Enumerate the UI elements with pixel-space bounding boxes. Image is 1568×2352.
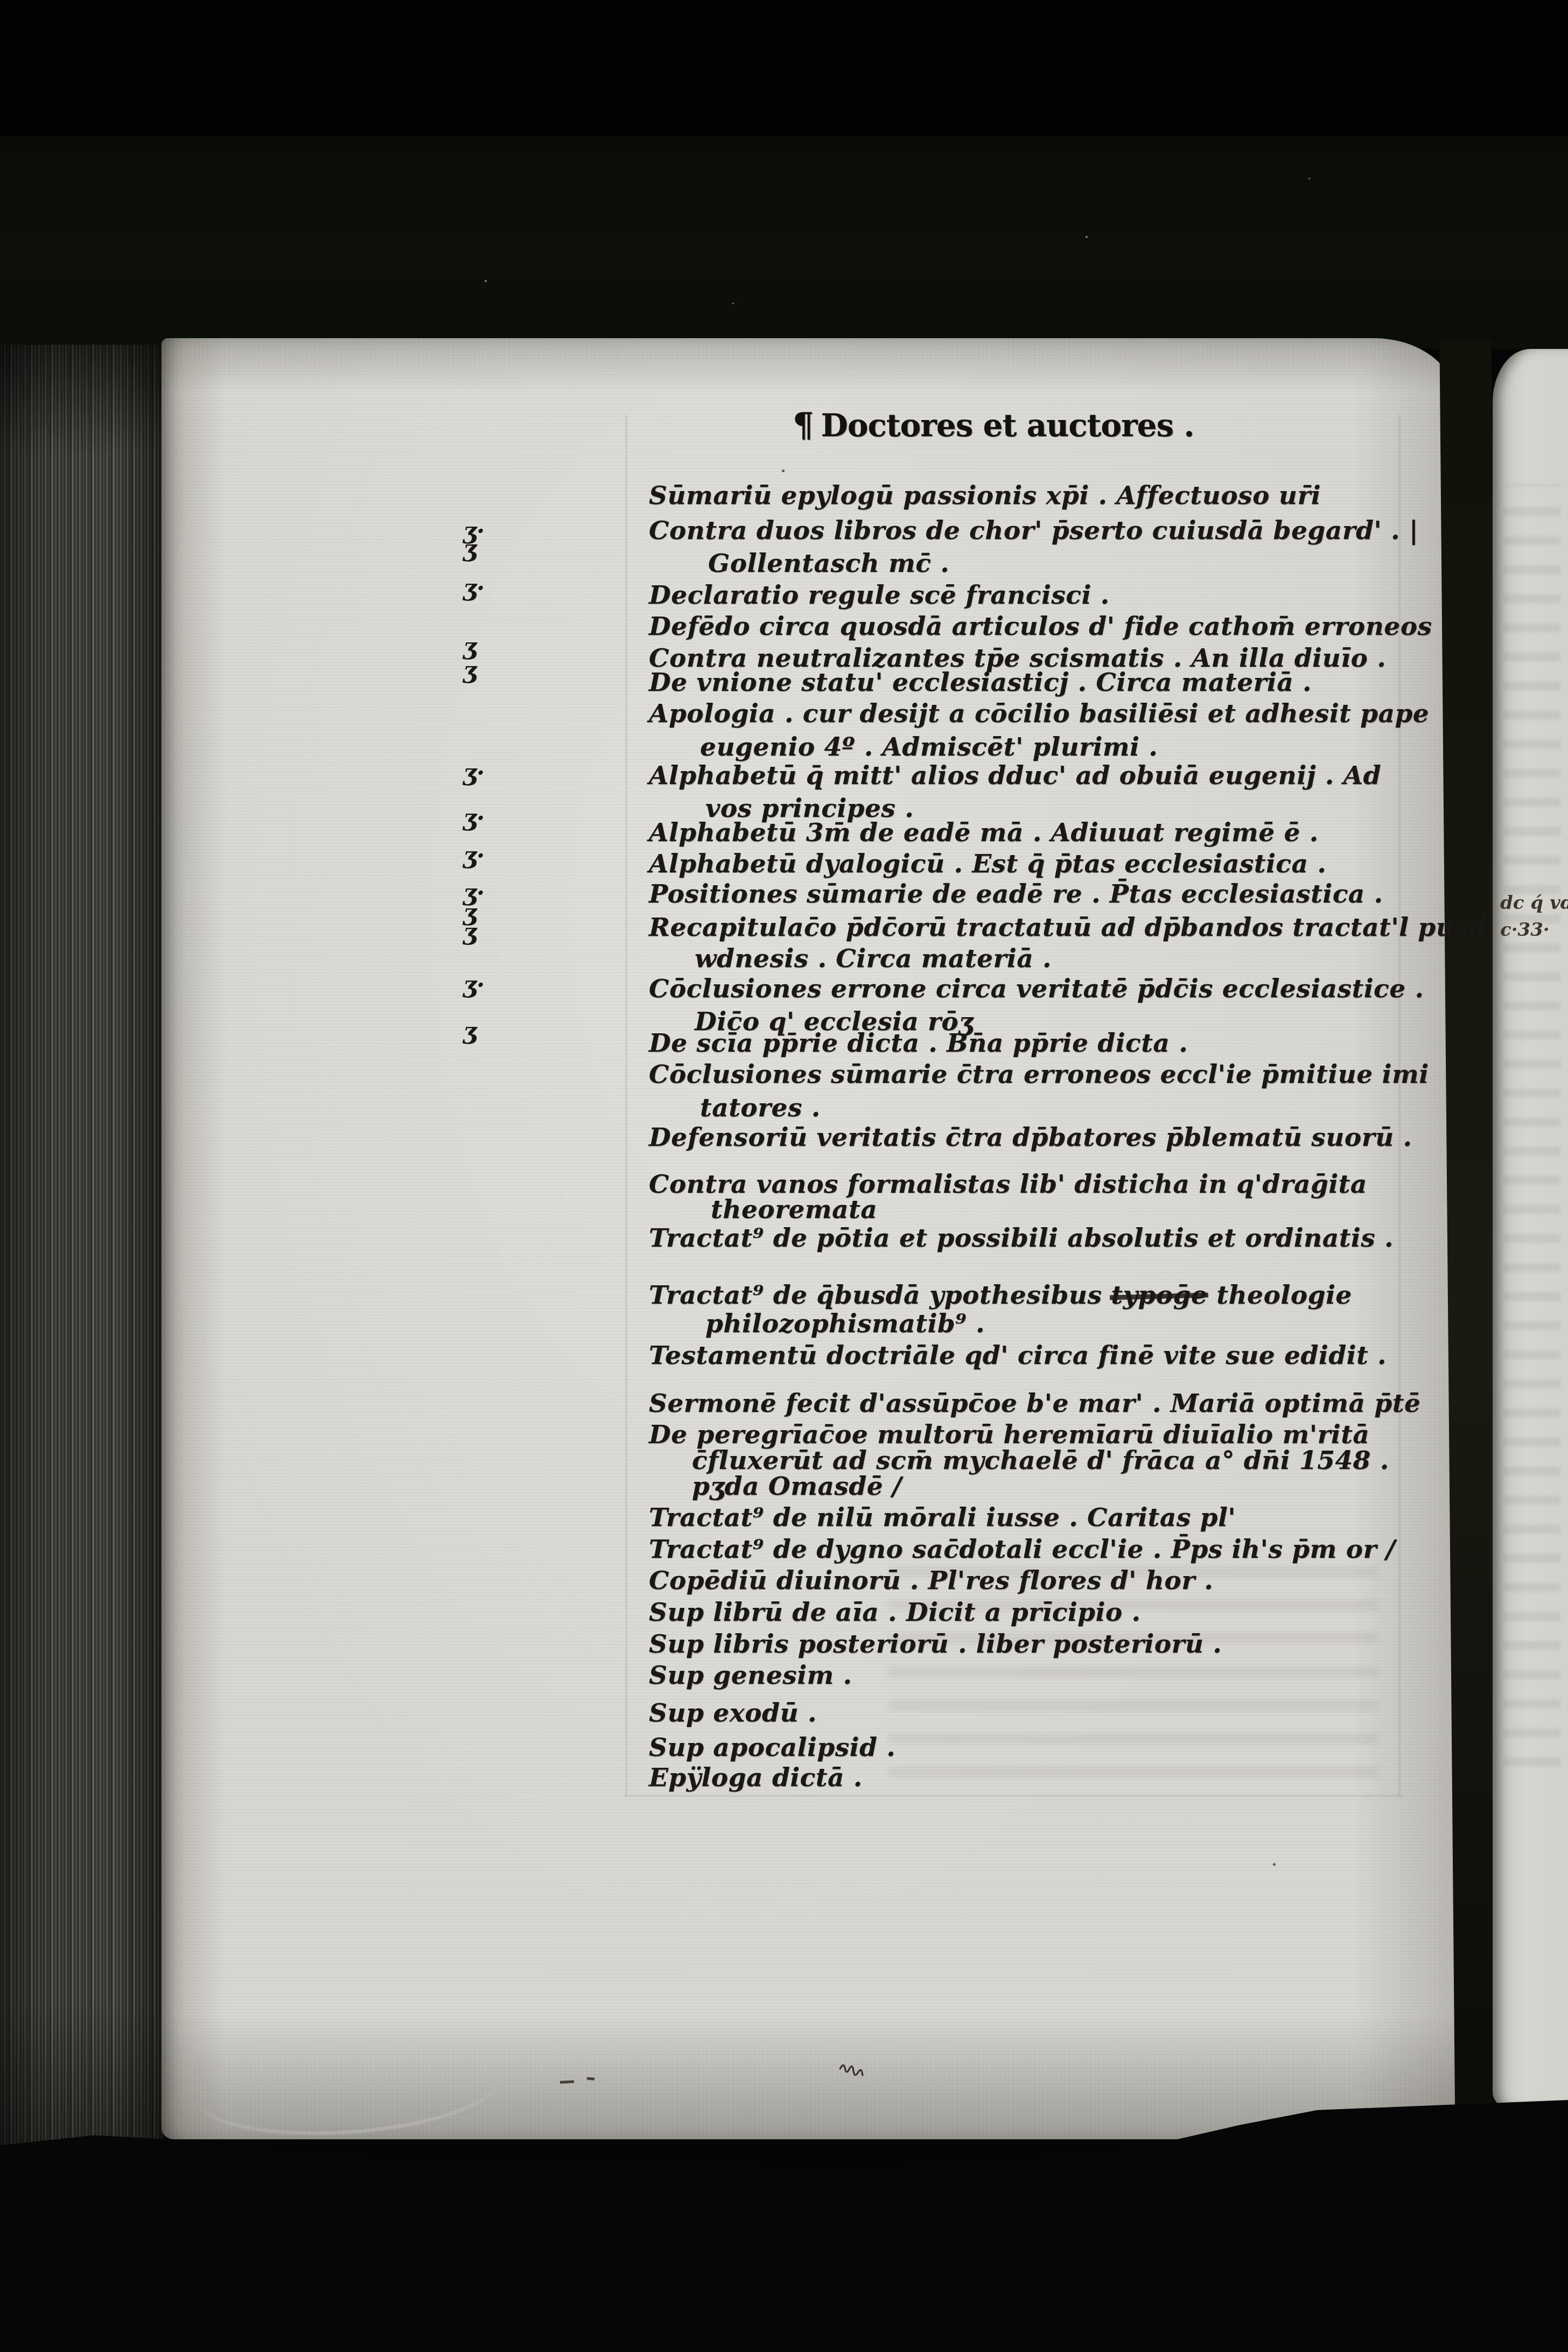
text-line: Alphabetū dyalogicū . Est q̄ p̄tas eccle… [649, 849, 1326, 879]
text-line: philozophismatib⁹ . [705, 1309, 985, 1339]
next-leaf-text-ghost [1503, 485, 1560, 1766]
text-line: Sermonē fecit d'assūpc̄oe b'e mar' . Mar… [649, 1389, 1420, 1418]
stacked-page-fore-edges [0, 345, 165, 2186]
text-line: Tractat⁹ de pōtia et possibili absolutis… [649, 1223, 1394, 1253]
margin-mark: ʒ [463, 919, 477, 946]
ink-speck [782, 470, 785, 472]
marginal-note-line: c·33· [1500, 916, 1568, 943]
text-line: Copēdiū diuinorū . Pl'res flores d' hor … [649, 1566, 1213, 1595]
text-line: Alphabetū 3m̄ de eadē mā . Adiuuat regim… [649, 818, 1319, 848]
upper-shadow-band [0, 136, 1568, 349]
margin-mark: ʒ [463, 657, 477, 684]
text-line: Testamentū doctriāle qd' circa finē vite… [649, 1341, 1387, 1370]
text-line: Cōclusiones errone circa veritatē p̄dc̄i… [649, 974, 1424, 1004]
ink-dash-blot [587, 2077, 594, 2081]
text-line: De scīa pp̄rie dicta . Bn̄a pp̄rie dicta… [649, 1028, 1188, 1058]
ruling-line-left [626, 415, 627, 1796]
text-line: Recapitulac̄o p̄dc̄orū tractatuū ad dp̄b… [649, 913, 1495, 942]
text-line: Epÿloga dictā . [649, 1763, 863, 1793]
marginal-note: dc q́ vde c·33· [1500, 890, 1568, 943]
text-line: Tractat⁹ de dygno sac̄dotali eccl'ie . P… [649, 1535, 1395, 1564]
dust-speck [1086, 236, 1088, 238]
ink-squiggle-blot [838, 2058, 873, 2083]
text-segment: Tractat⁹ de q̄busdā ypothesibus [649, 1280, 1111, 1310]
text-line: c̄fluxerūt ad scm̄ mychaelē d' frāca a° … [692, 1446, 1389, 1475]
text-line: De peregrīac̄oe multorū heremīarū diuīal… [649, 1420, 1369, 1450]
margin-mark: ʒ· [463, 971, 485, 999]
text-line: Alphabetū q̄ mitt' alios dduc' ad obuiā … [649, 761, 1381, 790]
book-photo: { "colors":{ "background":"#050505", "sh… [0, 0, 1568, 2352]
text-line: Sup genesim . [649, 1661, 852, 1690]
text-line: Sup exodū . [649, 1698, 817, 1728]
text-line: Sup librū de aīa . Dicit a prīcipio . [649, 1598, 1140, 1627]
text-line: Sup libris posteriorū . liber posteriorū… [649, 1629, 1222, 1659]
text-segment: theologie [1207, 1280, 1352, 1310]
text-line: De vnione statu' ecclesiasticj . Circa m… [649, 668, 1312, 697]
text-line: theoremata [711, 1195, 877, 1224]
ink-speck [1273, 1863, 1276, 1866]
margin-mark: ʒ· [463, 842, 485, 870]
text-line: Cōclusiones sūmarie c̄tra erroneos eccl'… [649, 1060, 1429, 1089]
ruling-line-bottom [624, 1795, 1403, 1796]
text-line: Gollentasch mc̄ . [708, 549, 949, 578]
text-line: Sup apocalipsid . [649, 1733, 895, 1762]
dust-speck [1308, 178, 1310, 179]
text-line: Tractat⁹ de nilū mōrali iusse . Caritas … [649, 1503, 1236, 1532]
text-line: Declaratio regule scē francisci . [649, 580, 1109, 610]
text-line: Sūmariū epylogū passionis xp̄i . Affectu… [649, 481, 1321, 510]
margin-mark: ʒ [463, 535, 477, 563]
margin-mark: ʒ· [463, 804, 485, 832]
margin-mark: ʒ [463, 1018, 477, 1045]
dust-speck [485, 280, 487, 282]
margin-mark: ʒ· [463, 759, 485, 787]
text-line: Defensoriū veritatis c̄tra dp̄batores p̄… [649, 1123, 1412, 1152]
marginal-note-line: dc q́ vde [1500, 890, 1568, 916]
text-line: Positiones sūmarie de eadē re . P̄tas ec… [649, 879, 1383, 909]
page-heading-text: Doctores et auctores . [821, 407, 1194, 444]
paragraph-mark-icon: ¶ [793, 405, 813, 444]
text-line: eugenio 4º . Admiscēt' plurimi . [700, 732, 1158, 762]
text-line: pʒda Omasdē / [692, 1472, 902, 1501]
text-line: Tractat⁹ de q̄busdā ypothesibus typoḡe t… [649, 1280, 1352, 1310]
text-line: Apologia . cur desijt a cōcilio basiliēs… [649, 699, 1429, 729]
text-line: Defēdo circa quosdā articulos d' fide ca… [649, 612, 1432, 641]
text-line: wdnesis . Circa materiā . [695, 944, 1052, 974]
page-heading: ¶Doctores et auctores . [793, 405, 1194, 444]
margin-mark: ʒ· [463, 575, 485, 602]
dust-speck [732, 303, 734, 304]
struck-word: typoḡe [1111, 1280, 1207, 1310]
top-black-border [0, 0, 1568, 136]
text-line: Contra duos libros de chor' p̄serto cuiu… [649, 516, 1418, 545]
text-line: tatores . [700, 1093, 821, 1123]
